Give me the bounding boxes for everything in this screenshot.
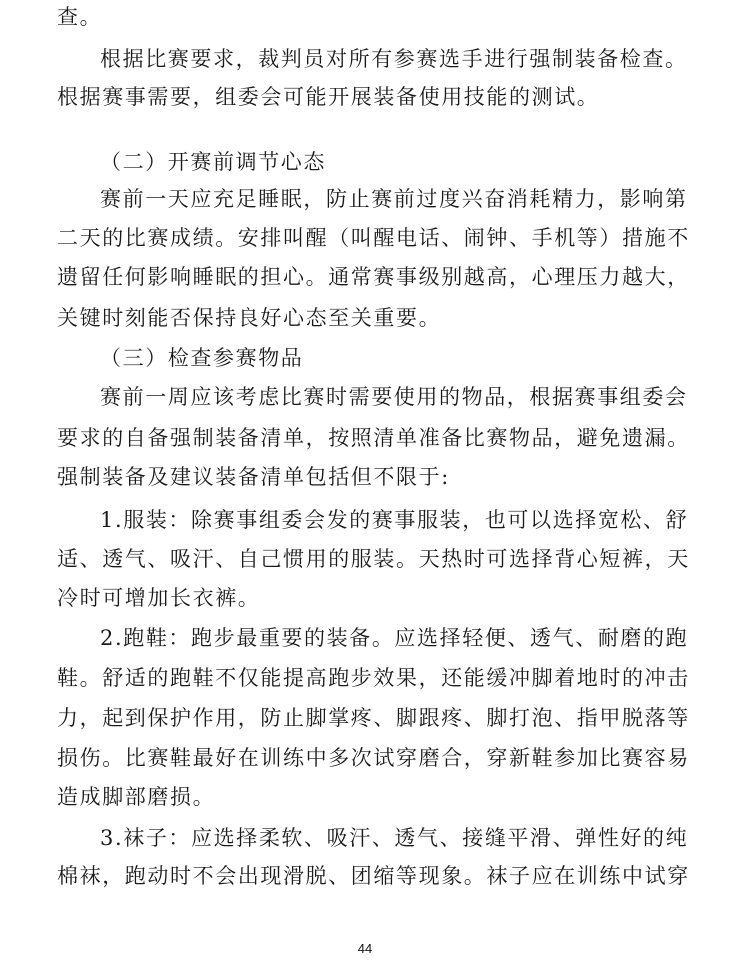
paragraph-line: 要求的自备强制装备清单，按照清单准备比赛物品，避免遗漏。 — [57, 425, 690, 451]
paragraph-line: 力，起到保护作用，防止脚掌疼、脚跟疼、脚打泡、指甲脱落等 — [57, 705, 690, 731]
paragraph-line: 根据赛事需要，组委会可能开展装备使用技能的测试。 — [57, 84, 599, 110]
text-line-continuation: 查。 — [57, 4, 102, 30]
list-item-socks: 3.袜子：应选择柔软、吸汗、透气、接缝平滑、弹性好的纯 — [100, 825, 688, 851]
paragraph-line: 关键时刻能否保持良好心态至关重要。 — [57, 305, 441, 331]
paragraph-line: 棉袜，跑动时不会出现滑脱、团缩等现象。袜子应在训练中试穿 — [57, 863, 690, 889]
paragraph-line: 二天的比赛成绩。安排叫醒（叫醒电话、闹钟、手机等）措施不 — [57, 225, 690, 251]
paragraph-line: 造成脚部磨损。 — [57, 784, 215, 810]
paragraph-line: 赛前一天应充足睡眠，防止赛前过度兴奋消耗精力，影响第 — [100, 186, 688, 212]
paragraph-line: 鞋。舒适的跑鞋不仅能提高跑步效果，还能缓冲脚着地时的冲击 — [57, 665, 690, 691]
section-heading-3: （三）检查参赛物品 — [100, 345, 303, 371]
paragraph-line: 适、透气、吸汗、自己惯用的服装。天热时可选择背心短裤，天 — [57, 546, 690, 572]
paragraph-line: 强制装备及建议装备清单包括但不限于: — [57, 464, 450, 490]
section-heading-2: （二）开赛前调节心态 — [100, 149, 326, 175]
paragraph-line: 根据比赛要求，裁判员对所有参赛选手进行强制装备检查。 — [100, 46, 688, 72]
paragraph-line: 赛前一周应该考虑比赛时需要使用的物品，根据赛事组委会 — [100, 384, 688, 410]
document-page: 查。 根据比赛要求，裁判员对所有参赛选手进行强制装备检查。 根据赛事需要，组委会… — [0, 0, 730, 977]
page-number: 44 — [0, 941, 730, 956]
list-item-clothing: 1.服装：除赛事组委会发的赛事服装，也可以选择宽松、舒 — [100, 507, 688, 533]
paragraph-line: 冷时可增加长衣裤。 — [57, 585, 260, 611]
list-item-shoes: 2.跑鞋：跑步最重要的装备。应选择轻便、透气、耐磨的跑 — [100, 625, 688, 651]
paragraph-line: 损伤。比赛鞋最好在训练中多次试穿磨合，穿新鞋参加比赛容易 — [57, 745, 690, 771]
paragraph-line: 遗留任何影响睡眠的担心。通常赛事级别越高，心理压力越大， — [57, 264, 690, 290]
